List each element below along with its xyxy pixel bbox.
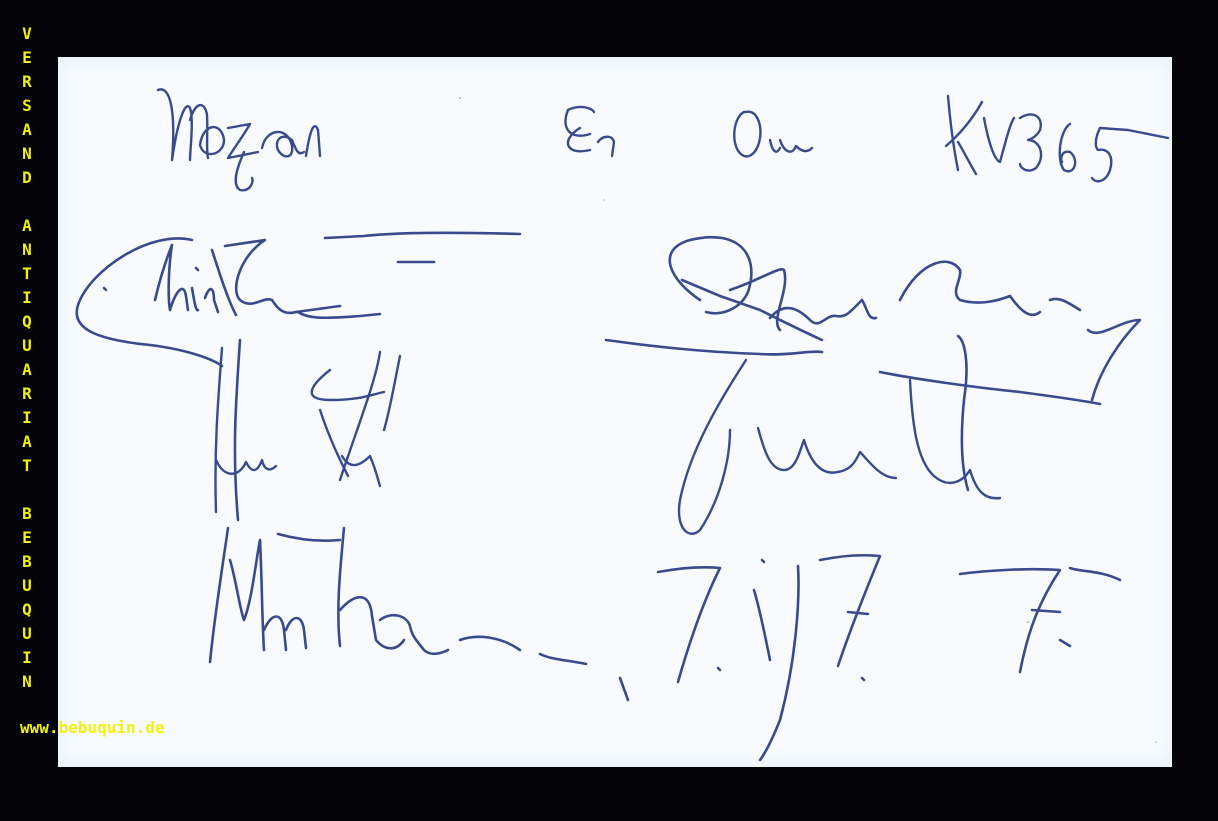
paper-specks [459, 97, 1157, 743]
watermark-url: www.bebuquin.de [20, 718, 165, 737]
line-mozart [158, 89, 1168, 190]
line-eschenbach [77, 233, 1140, 520]
handwriting-ink [0, 0, 1218, 821]
line-muenchen-date [210, 528, 1120, 760]
line-frantz [215, 348, 1000, 534]
